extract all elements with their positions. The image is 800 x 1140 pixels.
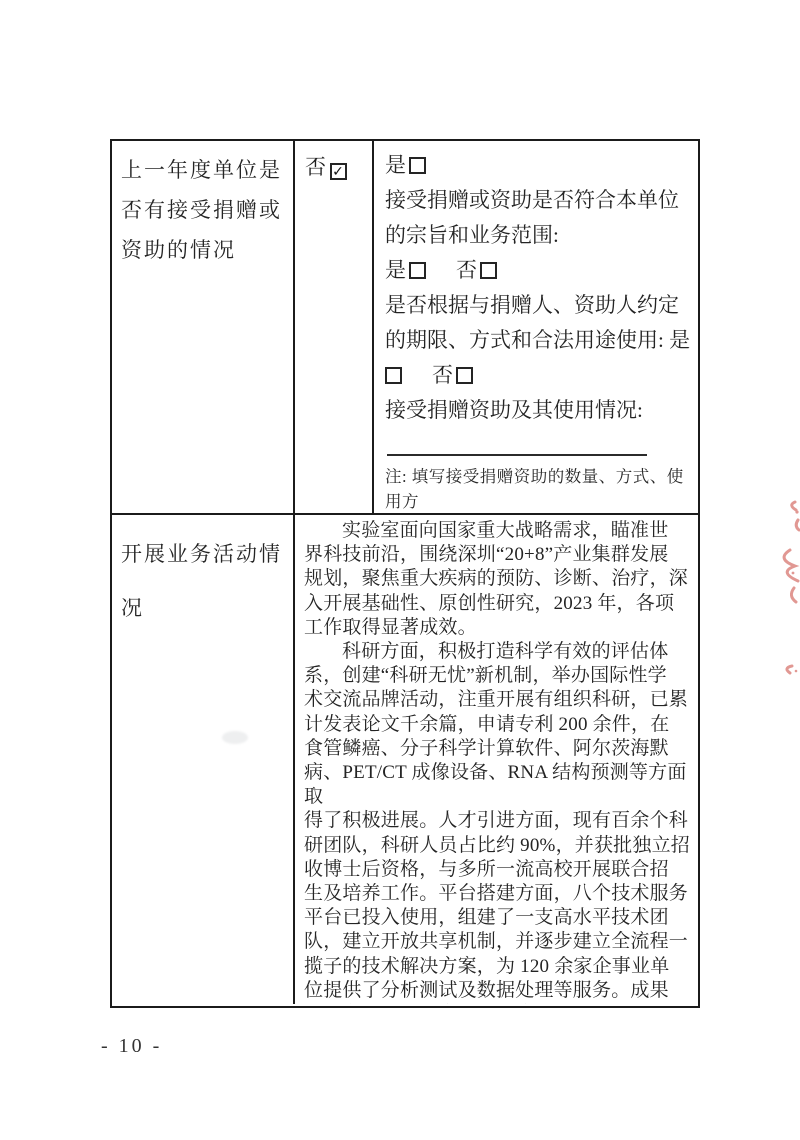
checkbox-unchecked-icon xyxy=(385,367,402,384)
activity-content-cell: 实验室面向国家重大战略需求，瞄准世 界科技前沿，围绕深圳“20+8”产业集群发展… xyxy=(295,515,698,1004)
activity-paragraph-1: 实验室面向国家重大战略需求，瞄准世 界科技前沿，围绕深圳“20+8”产业集群发展… xyxy=(304,519,691,640)
usage-options-line: 否 xyxy=(385,358,694,393)
scan-smudge xyxy=(222,731,248,744)
checkbox-unchecked-icon xyxy=(480,262,497,279)
receive-detail-label: 接受捐赠资助及其使用情况: xyxy=(385,393,694,428)
usage-question: 是否根据与捐赠人、资助人约定 的期限、方式和合法用途使用: 是 xyxy=(385,288,694,358)
checkbox-checked-icon: ✓ xyxy=(330,163,347,180)
page-number: - 10 - xyxy=(101,1035,162,1058)
usage-no-label: 否 xyxy=(432,363,453,387)
scope-question: 接受捐赠或资助是否符合本单位 的宗旨和业务范围: xyxy=(385,183,694,253)
option-yes-label: 是 xyxy=(385,153,406,177)
activity-row-label: 开展业务活动情 况 xyxy=(112,515,295,1004)
activity-paragraph-2: 科研方面，积极打造科学有效的评估体 系，创建“科研无忧”新机制，举办国际性学 术… xyxy=(304,640,691,1004)
donation-row-label: 上一年度单位是 否有接受捐赠或 资助的情况 xyxy=(112,141,295,513)
donation-note: 注: 填写接受捐赠资助的数量、方式、使用方 向和使用结果等。 xyxy=(385,464,694,513)
checkbox-unchecked-icon xyxy=(409,157,426,174)
table-row-donation: 上一年度单位是 否有接受捐赠或 资助的情况 否✓ 是 接受捐赠或资助是否符合本单… xyxy=(112,141,698,515)
annual-report-table: 上一年度单位是 否有接受捐赠或 资助的情况 否✓ 是 接受捐赠或资助是否符合本单… xyxy=(110,139,700,1008)
donation-answer-cell: 否✓ xyxy=(295,141,374,513)
checkbox-unchecked-icon xyxy=(409,262,426,279)
donation-option-yes-line: 是 xyxy=(385,148,694,183)
scope-no-label: 否 xyxy=(456,258,477,282)
checkbox-unchecked-icon xyxy=(456,367,473,384)
scope-options-line: 是否 xyxy=(385,253,694,288)
scope-yes-label: 是 xyxy=(385,258,406,282)
donation-answer-no-label: 否 xyxy=(305,155,327,179)
table-row-activity: 开展业务活动情 况 实验室面向国家重大战略需求，瞄准世 界科技前沿，围绕深圳“2… xyxy=(112,515,698,1004)
red-stamp-fragment-icon xyxy=(768,498,800,688)
donation-detail-cell: 是 接受捐赠或资助是否符合本单位 的宗旨和业务范围: 是否 是否根据与捐赠人、资… xyxy=(374,141,698,513)
blank-answer-line xyxy=(387,454,647,456)
